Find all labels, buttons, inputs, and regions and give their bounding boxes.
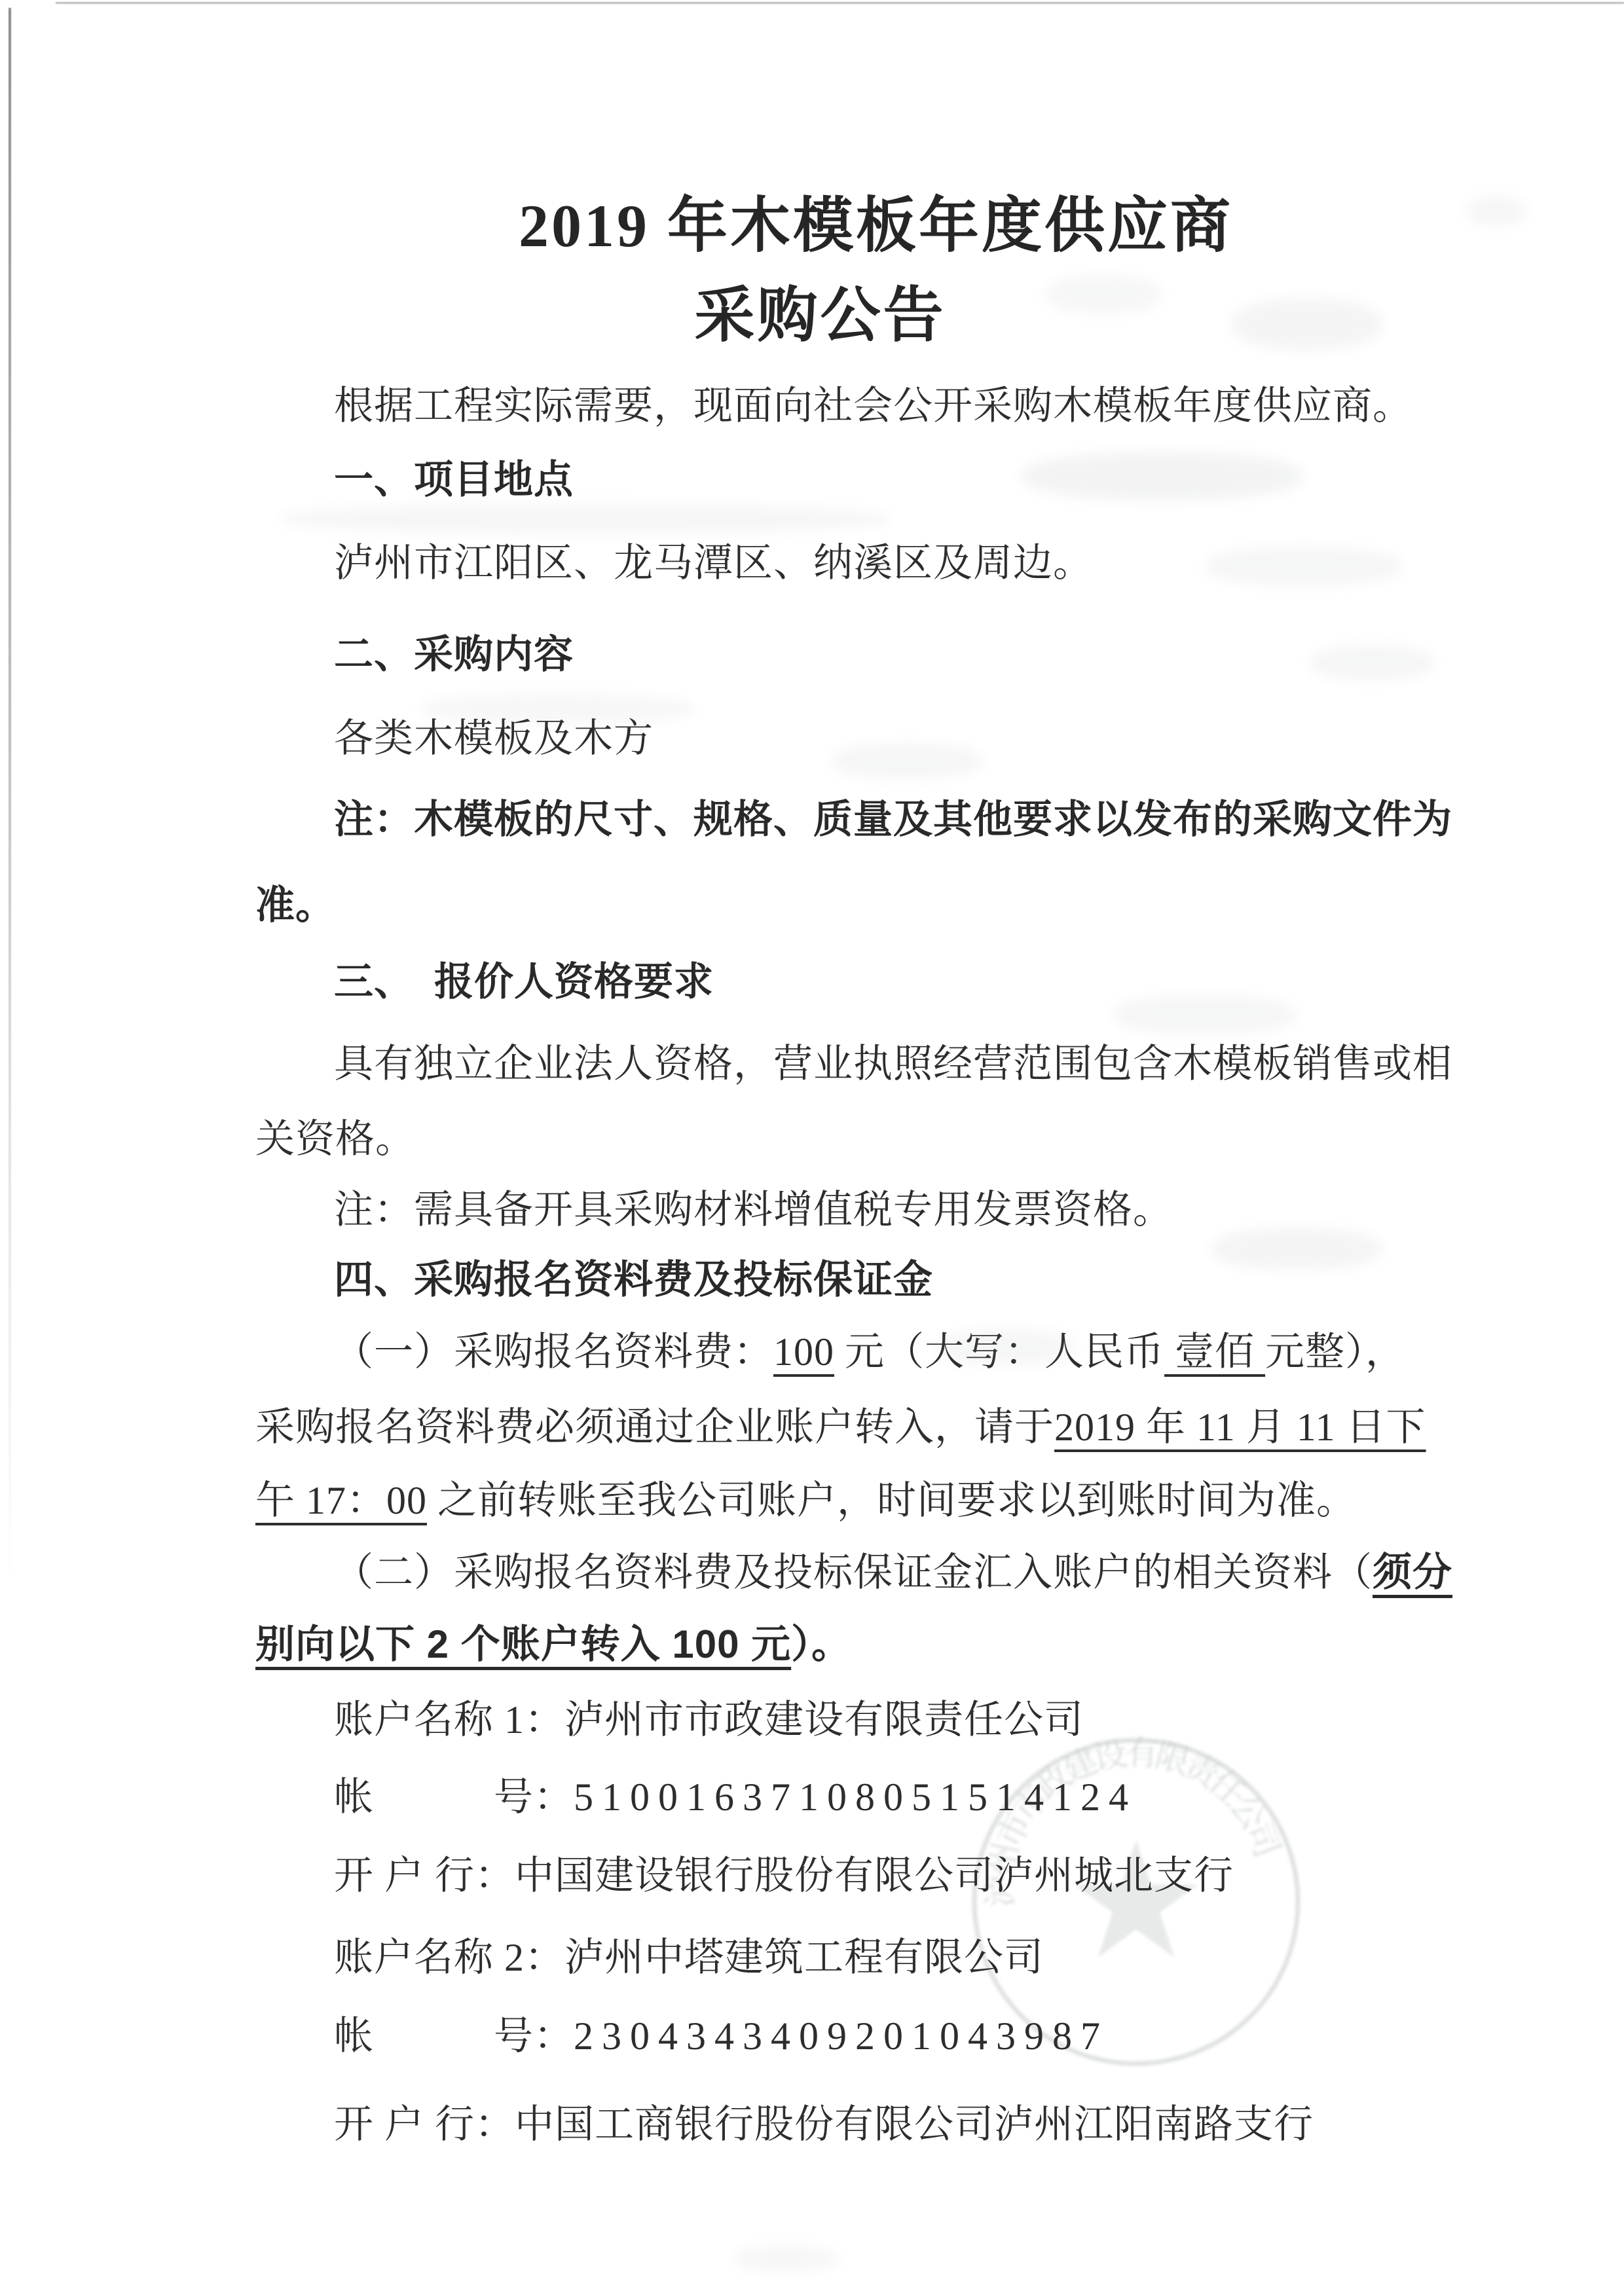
line-content: 采购报名资料费必须通过企业账户转入，请于2019 年 11 月 11 日下 — [255, 1406, 1426, 1449]
line-content: 帐 号：2304343409201043987 — [334, 2014, 1109, 2058]
scan-edge-top-line — [56, 2, 1624, 4]
text-segment: 泸州市江阳区、龙马潭区、纳溪区及周边。 — [334, 541, 1093, 585]
text-segment: 具有独立企业法人资格，营业执照经营范围包含木模板销售或相 — [334, 1042, 1452, 1085]
line-content: 别向以下 2 个账户转入 100 元）。 — [255, 1623, 851, 1666]
scan-edge-left-line — [9, 8, 11, 1579]
text-segment: 一、项目地点 — [334, 458, 574, 501]
line-content: 泸州市江阳区、龙马潭区、纳溪区及周边。 — [334, 541, 1093, 585]
section-2-note-line-1: 注：木模板的尺寸、规格、质量及其他要求以发布的采购文件为 — [255, 776, 1385, 863]
section-2-note-line-2: 准。 — [255, 862, 1385, 949]
scan-smudge — [1022, 452, 1303, 501]
text-segment: 三、 报价人资格要求 — [334, 960, 714, 1004]
line-content: 午 17：00 之前转账至我公司账户，时间要求以到账时间为准。 — [255, 1479, 1356, 1522]
line-content: 具有独立企业法人资格，营业执照经营范围包含木模板销售或相 — [334, 1042, 1452, 1085]
scan-smudge — [1113, 995, 1297, 1034]
line-content: 关资格。 — [255, 1118, 415, 1161]
text-segment: （二）采购报名资料费及投标保证金汇入账户的相关资料（ — [334, 1551, 1373, 1594]
text-segment: 2019 年木模板年度供应商 — [519, 192, 1233, 259]
account-1-number: 帐 号：51001637108051514124 — [255, 1754, 1385, 1840]
line-content: 帐 号：51001637108051514124 — [334, 1776, 1137, 1819]
line-content: 三、 报价人资格要求 — [334, 960, 714, 1004]
line-content: 二、采购内容 — [334, 632, 574, 676]
text-segment: 开 户 行：中国建设银行股份有限公司泸州城北支行 — [334, 1854, 1234, 1897]
line-content: （一）采购报名资料费：100 元（大写：人民币 壹佰 元整）， — [334, 1330, 1405, 1374]
line-content: 采购公告 — [694, 282, 946, 349]
line-content: 注：需具备开具采购材料增值税专用发票资格。 — [334, 1188, 1173, 1231]
scan-smudge — [936, 1329, 1074, 1365]
section-4-item-2-line-2: 别向以下 2 个账户转入 100 元）。 — [255, 1601, 1385, 1688]
text-segment: 四、采购报名资料费及投标保证金 — [334, 1258, 933, 1302]
line-content: 四、采购报名资料费及投标保证金 — [334, 1258, 933, 1302]
text-segment: 51001637108051514124 — [574, 1776, 1137, 1819]
scan-smudge — [733, 2246, 838, 2272]
line-content: 账户名称 1：泸州市市政建设有限责任公司 — [334, 1698, 1084, 1741]
account-2-number: 帐 号：2304343409201043987 — [255, 1993, 1385, 2079]
text-segment: 2019 年 11 月 11 日下 — [1054, 1406, 1426, 1449]
line-content: 开 户 行：中国建设银行股份有限公司泸州城北支行 — [334, 1854, 1234, 1897]
text-segment: 壹佰 — [1164, 1330, 1265, 1374]
scanned-document-page: 泸州市市政建设有限责任公司 2019 年木模板年度供应商采购公告根据工程实际需要… — [0, 0, 1624, 2296]
scan-smudge — [1310, 645, 1434, 681]
text-segment: 各类木模板及木方 — [334, 717, 654, 760]
scan-smudge — [1231, 298, 1382, 350]
text-segment: 准。 — [255, 883, 335, 927]
scan-smudge — [282, 504, 891, 534]
line-content: 各类木模板及木方 — [334, 717, 654, 760]
text-segment: 午 17：00 — [255, 1479, 427, 1522]
text-segment: 之前转账至我公司账户，时间要求以到账时间为准。 — [427, 1479, 1356, 1522]
account-1-bank: 开 户 行：中国建设银行股份有限公司泸州城北支行 — [255, 1832, 1385, 1919]
text-segment: 根据工程实际需要，现面向社会公开采购木模板年度供应商。 — [334, 384, 1412, 428]
text-segment: （一）采购报名资料费： — [334, 1330, 773, 1374]
scan-smudge — [1205, 547, 1401, 586]
line-content: 根据工程实际需要，现面向社会公开采购木模板年度供应商。 — [334, 384, 1412, 428]
scan-smudge — [832, 743, 982, 779]
text-segment: 开 户 行：中国工商银行股份有限公司泸州江阳南路支行 — [334, 2103, 1314, 2146]
text-segment: 注：需具备开具采购材料增值税专用发票资格。 — [334, 1188, 1173, 1231]
scan-smudge — [1467, 196, 1526, 226]
scan-smudge — [1211, 1228, 1382, 1270]
text-segment: 须分 — [1373, 1550, 1452, 1594]
account-2-bank: 开 户 行：中国工商银行股份有限公司泸州江阳南路支行 — [255, 2081, 1385, 2168]
text-segment: 100 — [773, 1330, 834, 1374]
line-content: 准。 — [255, 884, 335, 927]
scan-smudge — [1044, 275, 1162, 314]
text-segment: 别向以下 2 个账户转入 100 元 — [255, 1622, 791, 1666]
text-segment: 采购报名资料费必须通过企业账户转入，请于 — [255, 1406, 1054, 1449]
line-content: 一、项目地点 — [334, 458, 574, 501]
account-1-name: 账户名称 1：泸州市市政建设有限责任公司 — [255, 1677, 1385, 1763]
text-segment: 注：木模板的尺寸、规格、质量及其他要求以发布的采购文件为 — [334, 797, 1452, 841]
text-segment: 账户名称 1：泸州市市政建设有限责任公司 — [334, 1698, 1084, 1741]
text-segment: 关资格。 — [255, 1118, 415, 1161]
line-content: 注：木模板的尺寸、规格、质量及其他要求以发布的采购文件为 — [334, 798, 1452, 841]
text-segment: 2304343409201043987 — [574, 2014, 1109, 2058]
doc-title-line-1: 2019 年木模板年度供应商 — [311, 183, 1441, 269]
line-content: 开 户 行：中国工商银行股份有限公司泸州江阳南路支行 — [334, 2103, 1314, 2146]
text-segment: 帐 号： — [334, 2014, 574, 2058]
text-segment: ）。 — [791, 1622, 851, 1666]
line-content: 账户名称 2：泸州中塔建筑工程有限公司 — [334, 1936, 1044, 1979]
text-segment: 帐 号： — [334, 1776, 574, 1819]
text-segment: 采购公告 — [694, 282, 946, 349]
text-segment: 账户名称 2：泸州中塔建筑工程有限公司 — [334, 1936, 1044, 1979]
section-4-item-1-line-1: （一）采购报名资料费：100 元（大写：人民币 壹佰 元整）， — [255, 1309, 1385, 1395]
section-2-heading: 二、采购内容 — [255, 611, 1385, 698]
text-segment: 元整）， — [1265, 1330, 1405, 1374]
doc-title-line-2: 采购公告 — [255, 272, 1385, 359]
line-content: 2019 年木模板年度供应商 — [519, 192, 1233, 259]
scan-smudge — [419, 694, 694, 723]
account-2-name: 账户名称 2：泸州中塔建筑工程有限公司 — [255, 1914, 1385, 2001]
line-content: （二）采购报名资料费及投标保证金汇入账户的相关资料（须分 — [334, 1551, 1452, 1594]
text-segment: 二、采购内容 — [334, 632, 574, 676]
